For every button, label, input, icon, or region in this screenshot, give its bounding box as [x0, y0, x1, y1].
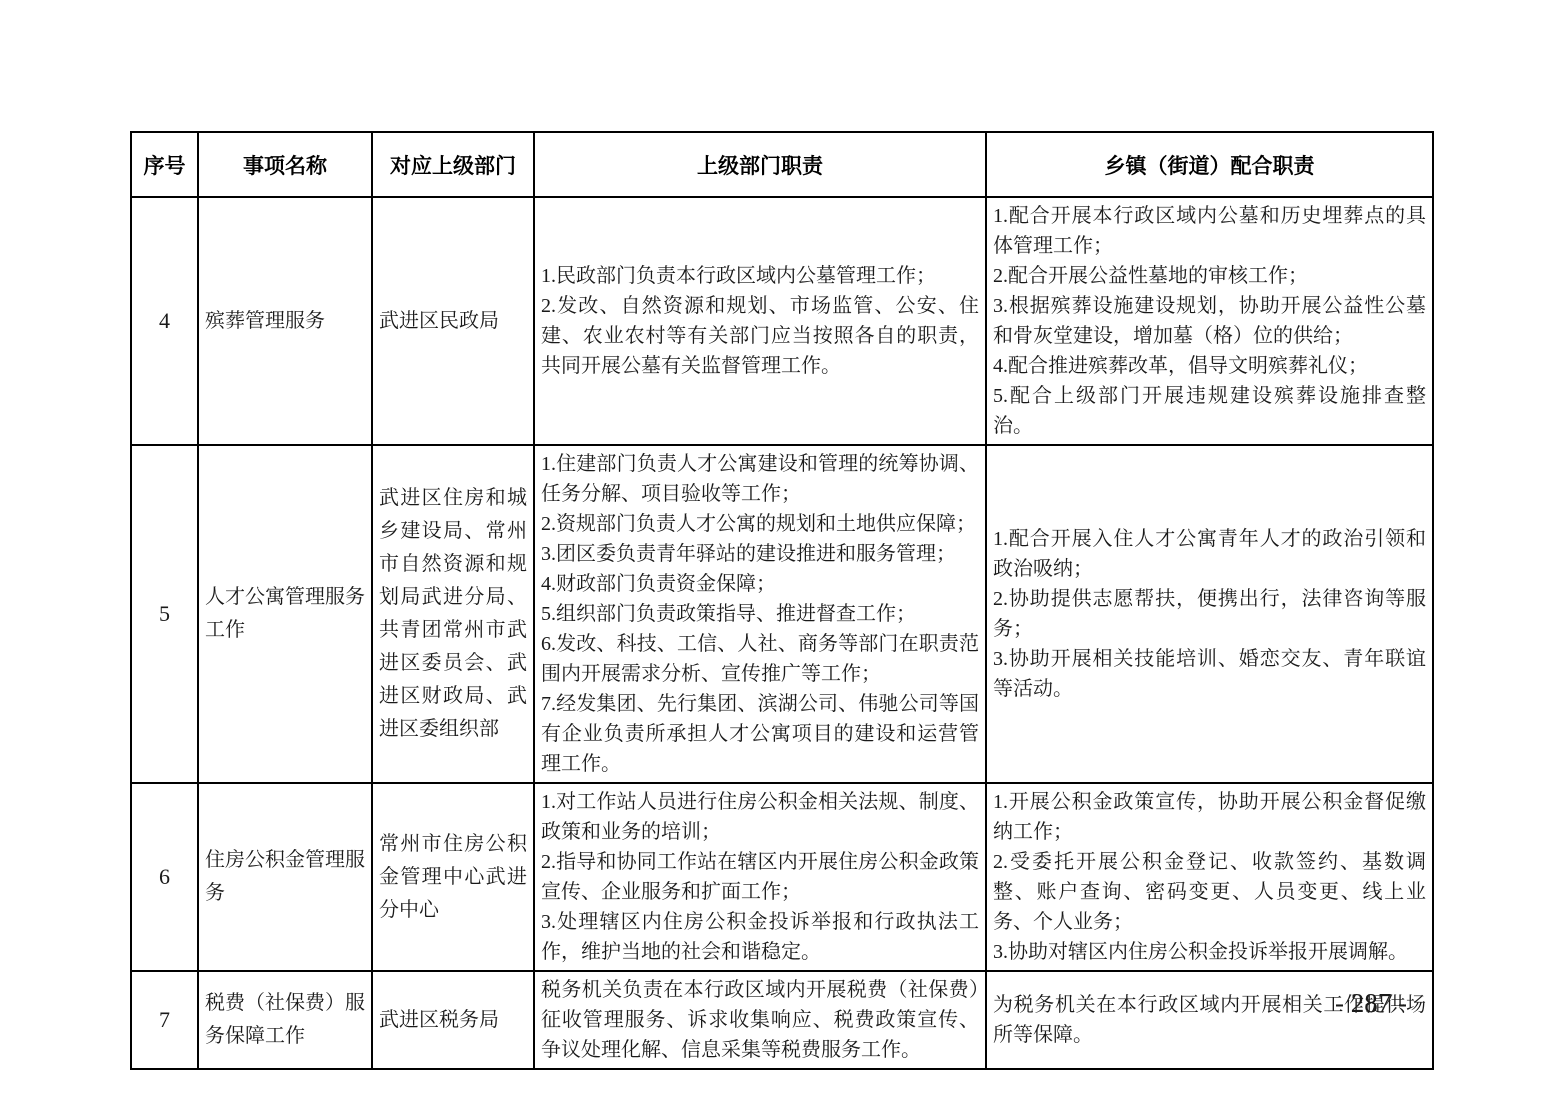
department-cell: 武进区税务局: [372, 971, 534, 1069]
township-duties-cell: 为税务机关在本行政区域内开展相关工作提供场所等保障。: [986, 971, 1433, 1069]
header-item-name: 事项名称: [198, 132, 372, 197]
header-superior-duties: 上级部门职责: [534, 132, 986, 197]
department-cell: 常州市住房公积金管理中心武进分中心: [372, 783, 534, 971]
superior-duties-cell: 1.民政部门负责本行政区域内公墓管理工作； 2.发改、自然资源和规划、市场监管、…: [534, 197, 986, 445]
superior-duties-cell: 税务机关负责在本行政区域内开展税费（社保费）征收管理服务、诉求收集响应、税费政策…: [534, 971, 986, 1069]
table-row: 5 人才公寓管理服务工作 武进区住房和城乡建设局、常州市自然资源和规划局武进分局…: [131, 445, 1433, 783]
table-row: 4 殡葬管理服务 武进区民政局 1.民政部门负责本行政区域内公墓管理工作； 2.…: [131, 197, 1433, 445]
header-department: 对应上级部门: [372, 132, 534, 197]
table-row: 6 住房公积金管理服务 常州市住房公积金管理中心武进分中心 1.对工作站人员进行…: [131, 783, 1433, 971]
page-number: - 287 -: [1335, 988, 1407, 1019]
department-cell: 武进区住房和城乡建设局、常州市自然资源和规划局武进分局、共青团常州市武进区委员会…: [372, 445, 534, 783]
row-index-cell: 4: [131, 197, 198, 445]
superior-duties-cell: 1.对工作站人员进行住房公积金相关法规、制度、政策和业务的培训； 2.指导和协同…: [534, 783, 986, 971]
table-header-row: 序号 事项名称 对应上级部门 上级部门职责 乡镇（街道）配合职责: [131, 132, 1433, 197]
township-duties-cell: 1.配合开展本行政区域内公墓和历史埋葬点的具体管理工作； 2.配合开展公益性墓地…: [986, 197, 1433, 445]
township-duties-cell: 1.开展公积金政策宣传，协助开展公积金督促缴纳工作； 2.受委托开展公积金登记、…: [986, 783, 1433, 971]
row-index-cell: 7: [131, 971, 198, 1069]
department-cell: 武进区民政局: [372, 197, 534, 445]
header-index: 序号: [131, 132, 198, 197]
item-name-cell: 税费（社保费）服务保障工作: [198, 971, 372, 1069]
row-index-cell: 5: [131, 445, 198, 783]
document-page: 序号 事项名称 对应上级部门 上级部门职责 乡镇（街道）配合职责 4 殡葬管理服…: [0, 0, 1559, 1102]
header-township-duties: 乡镇（街道）配合职责: [986, 132, 1433, 197]
item-name-cell: 殡葬管理服务: [198, 197, 372, 445]
item-name-cell: 住房公积金管理服务: [198, 783, 372, 971]
table-row: 7 税费（社保费）服务保障工作 武进区税务局 税务机关负责在本行政区域内开展税费…: [131, 971, 1433, 1069]
row-index-cell: 6: [131, 783, 198, 971]
superior-duties-cell: 1.住建部门负责人才公寓建设和管理的统筹协调、任务分解、项目验收等工作； 2.资…: [534, 445, 986, 783]
township-duties-cell: 1.配合开展入住人才公寓青年人才的政治引领和政治吸纳； 2.协助提供志愿帮扶，便…: [986, 445, 1433, 783]
item-name-cell: 人才公寓管理服务工作: [198, 445, 372, 783]
responsibility-table: 序号 事项名称 对应上级部门 上级部门职责 乡镇（街道）配合职责 4 殡葬管理服…: [130, 131, 1434, 1070]
